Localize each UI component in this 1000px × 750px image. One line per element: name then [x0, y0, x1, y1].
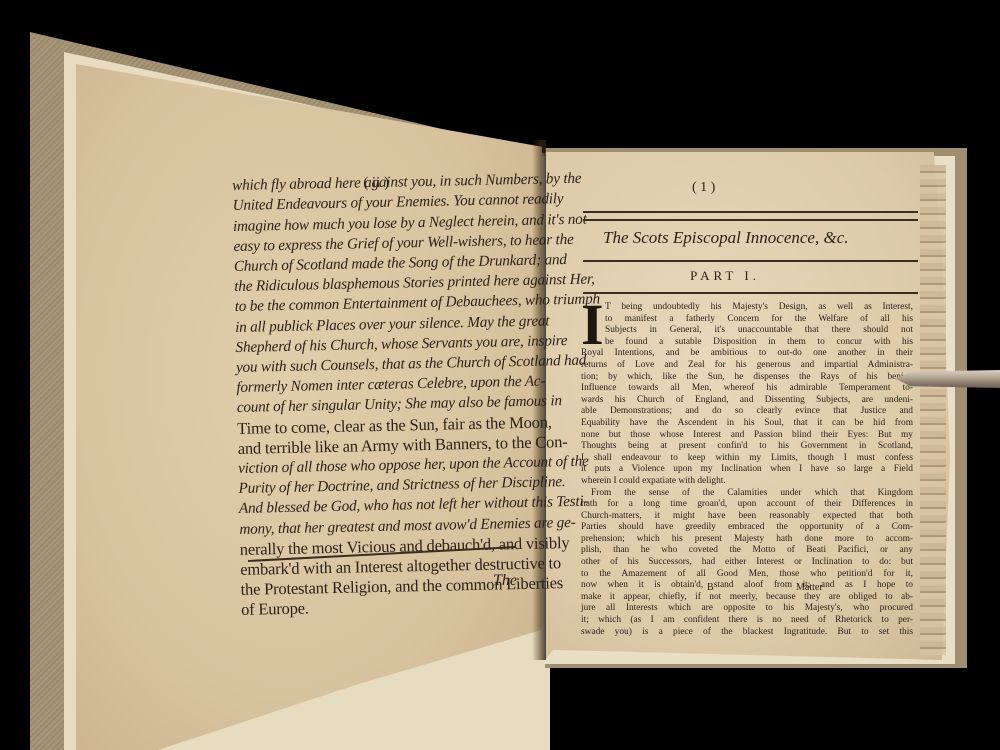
text-line: it; which (as I am confident there is no…	[581, 615, 913, 627]
signature-mark: B	[707, 582, 714, 593]
text-line: make it appear, chiefly, if not meerly, …	[581, 592, 913, 604]
text-line: plish, than he who coveted the Motto of …	[581, 545, 913, 557]
running-title: The Scots Episcopal Innocence, &c.	[603, 228, 843, 248]
text-line: be found a sutable Disposition in them t…	[581, 337, 913, 349]
part-rule	[583, 292, 918, 294]
text-line: jure all Interests which are opposite to…	[581, 603, 913, 615]
title-rule	[583, 260, 918, 262]
text-line: Thoughts being at present confin'd to hi…	[581, 441, 913, 453]
text-line: Influence towards all Men, whereof his a…	[581, 383, 913, 395]
text-line: prehension; which his present Majesty ha…	[581, 534, 913, 546]
text-line: I shall endeavour to keep within my Limi…	[581, 453, 913, 465]
right-catchword: Matter	[796, 582, 823, 593]
left-catchword: The	[493, 572, 517, 590]
text-line: swade you) is a piece of the blackest In…	[581, 627, 913, 639]
text-line: to the Amazement of all Good Men, those …	[581, 569, 913, 581]
text-line: T being undoubtedly his Majesty's Design…	[581, 302, 913, 314]
text-line: returns of Love and Zeal for his generou…	[581, 360, 913, 372]
right-page-number: ( 1 )	[692, 180, 715, 196]
book-photo-scene: ( ii ) which fly abroad here against you…	[0, 0, 1000, 750]
text-line: now when it is obtain'd, stand aloof fro…	[581, 580, 913, 592]
header-rule-top	[583, 211, 918, 213]
text-line: Royal Intentions, and be ambitious to ou…	[581, 348, 913, 360]
text-line: Church-matters, it might have been reaso…	[581, 511, 913, 523]
text-line: other of his Successors, had either Inte…	[581, 557, 913, 569]
text-line: tion; by which, like the Sun, he dispens…	[581, 372, 913, 384]
text-line: From the sense of the Calamities under w…	[581, 488, 913, 500]
text-line: Parties should have greedily embraced th…	[581, 522, 913, 534]
text-line: Subjects in General, it's unaccountable …	[581, 325, 913, 337]
text-line: none but those whose Interest and Passio…	[581, 430, 913, 442]
header-rule-bottom	[583, 219, 918, 221]
text-line: it puts a Violence upon my Inclination w…	[581, 464, 913, 476]
part-heading: PART I.	[600, 268, 850, 284]
text-line: Equability have the Ascendent in his Sou…	[581, 418, 913, 430]
text-line: hath for a long time groan'd, upon accou…	[581, 499, 913, 511]
text-line: wards his Church of England, and Dissent…	[581, 395, 913, 407]
right-page-text: T being undoubtedly his Majesty's Design…	[581, 302, 913, 638]
text-line: able Demonstrations; and do so clearly e…	[581, 406, 913, 418]
letter-opener-pointer-icon	[896, 370, 1000, 388]
text-line: wherein I could expatiate with delight.	[581, 476, 913, 488]
text-line: to manifest a fatherly Concern for the W…	[581, 314, 913, 326]
deckled-page-edges	[920, 165, 946, 655]
